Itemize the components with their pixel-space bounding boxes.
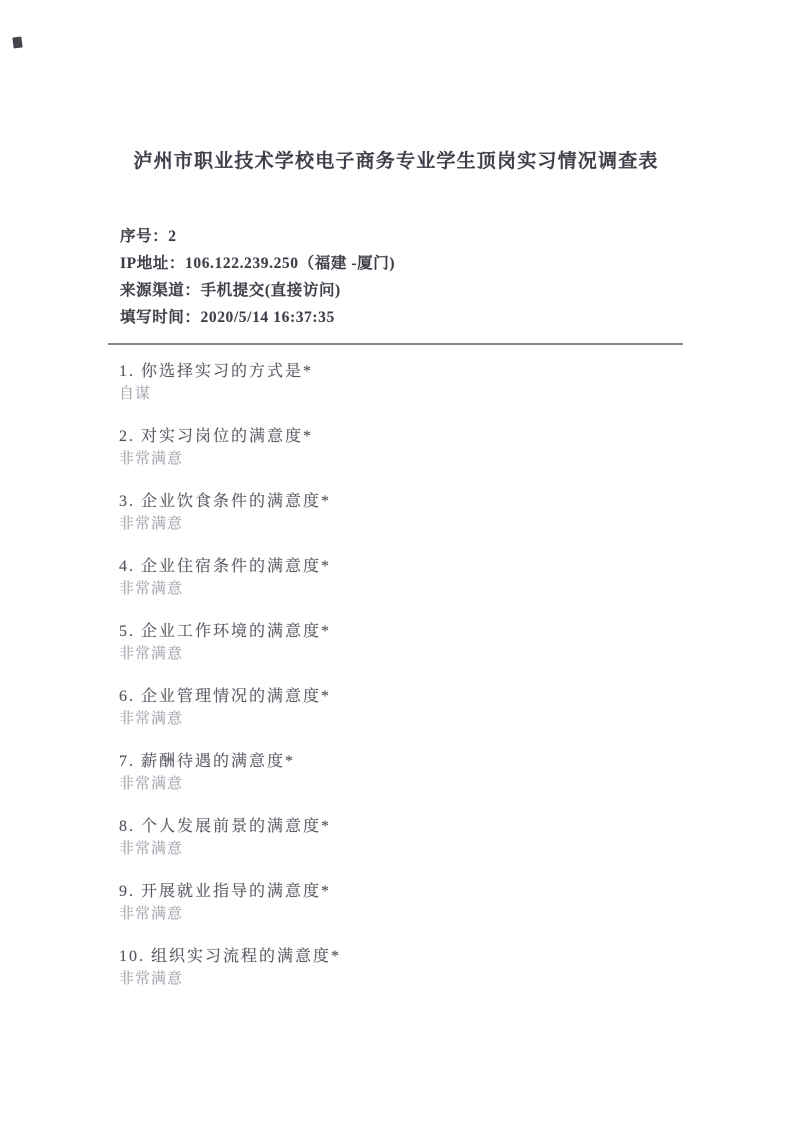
meta-source-channel: 来源渠道：手机提交(直接访问) xyxy=(120,277,792,304)
question-item: 6. 企业管理情况的满意度* 非常满意 xyxy=(119,687,792,729)
question-item: 7. 薪酬待遇的满意度* 非常满意 xyxy=(119,752,792,794)
question-answer: 自谋 xyxy=(119,384,792,404)
question-label: 2. 对实习岗位的满意度* xyxy=(119,427,792,447)
question-answer: 非常满意 xyxy=(119,839,792,859)
question-answer: 非常满意 xyxy=(119,904,792,924)
question-item: 10. 组织实习流程的满意度* 非常满意 xyxy=(119,947,792,989)
section-divider xyxy=(108,343,683,345)
question-label: 10. 组织实习流程的满意度* xyxy=(119,947,792,967)
question-item: 3. 企业饮食条件的满意度* 非常满意 xyxy=(119,492,792,534)
question-answer: 非常满意 xyxy=(119,514,792,534)
question-answer: 非常满意 xyxy=(119,969,792,989)
question-label: 3. 企业饮食条件的满意度* xyxy=(119,492,792,512)
question-item: 5. 企业工作环境的满意度* 非常满意 xyxy=(119,622,792,664)
question-list: 1. 你选择实习的方式是* 自谋 2. 对实习岗位的满意度* 非常满意 3. 企… xyxy=(119,362,792,989)
question-label: 6. 企业管理情况的满意度* xyxy=(119,687,792,707)
question-item: 9. 开展就业指导的满意度* 非常满意 xyxy=(119,882,792,924)
question-answer: 非常满意 xyxy=(119,449,792,469)
question-answer: 非常满意 xyxy=(119,579,792,599)
scan-artifact xyxy=(12,36,22,48)
question-item: 4. 企业住宿条件的满意度* 非常满意 xyxy=(119,557,792,599)
meta-serial-number: 序号：2 xyxy=(120,223,792,250)
question-label: 1. 你选择实习的方式是* xyxy=(119,362,792,382)
question-label: 8. 个人发展前景的满意度* xyxy=(119,817,792,837)
question-item: 1. 你选择实习的方式是* 自谋 xyxy=(119,362,792,404)
page-title: 泸州市职业技术学校电子商务专业学生顶岗实习情况调查表 xyxy=(0,146,792,173)
question-label: 5. 企业工作环境的满意度* xyxy=(119,622,792,642)
question-item: 8. 个人发展前景的满意度* 非常满意 xyxy=(119,817,792,859)
question-answer: 非常满意 xyxy=(119,644,792,664)
question-item: 2. 对实习岗位的满意度* 非常满意 xyxy=(119,427,792,469)
response-meta-block: 序号：2 IP地址：106.122.239.250（福建 -厦门) 来源渠道：手… xyxy=(120,223,792,331)
question-label: 9. 开展就业指导的满意度* xyxy=(119,882,792,902)
question-label: 4. 企业住宿条件的满意度* xyxy=(119,557,792,577)
question-label: 7. 薪酬待遇的满意度* xyxy=(119,752,792,772)
survey-document-page: 泸州市职业技术学校电子商务专业学生顶岗实习情况调查表 序号：2 IP地址：106… xyxy=(0,0,792,1129)
question-answer: 非常满意 xyxy=(119,774,792,794)
question-answer: 非常满意 xyxy=(119,709,792,729)
meta-fill-time: 填写时间：2020/5/14 16:37:35 xyxy=(120,304,792,331)
meta-ip-address: IP地址：106.122.239.250（福建 -厦门) xyxy=(120,250,792,277)
